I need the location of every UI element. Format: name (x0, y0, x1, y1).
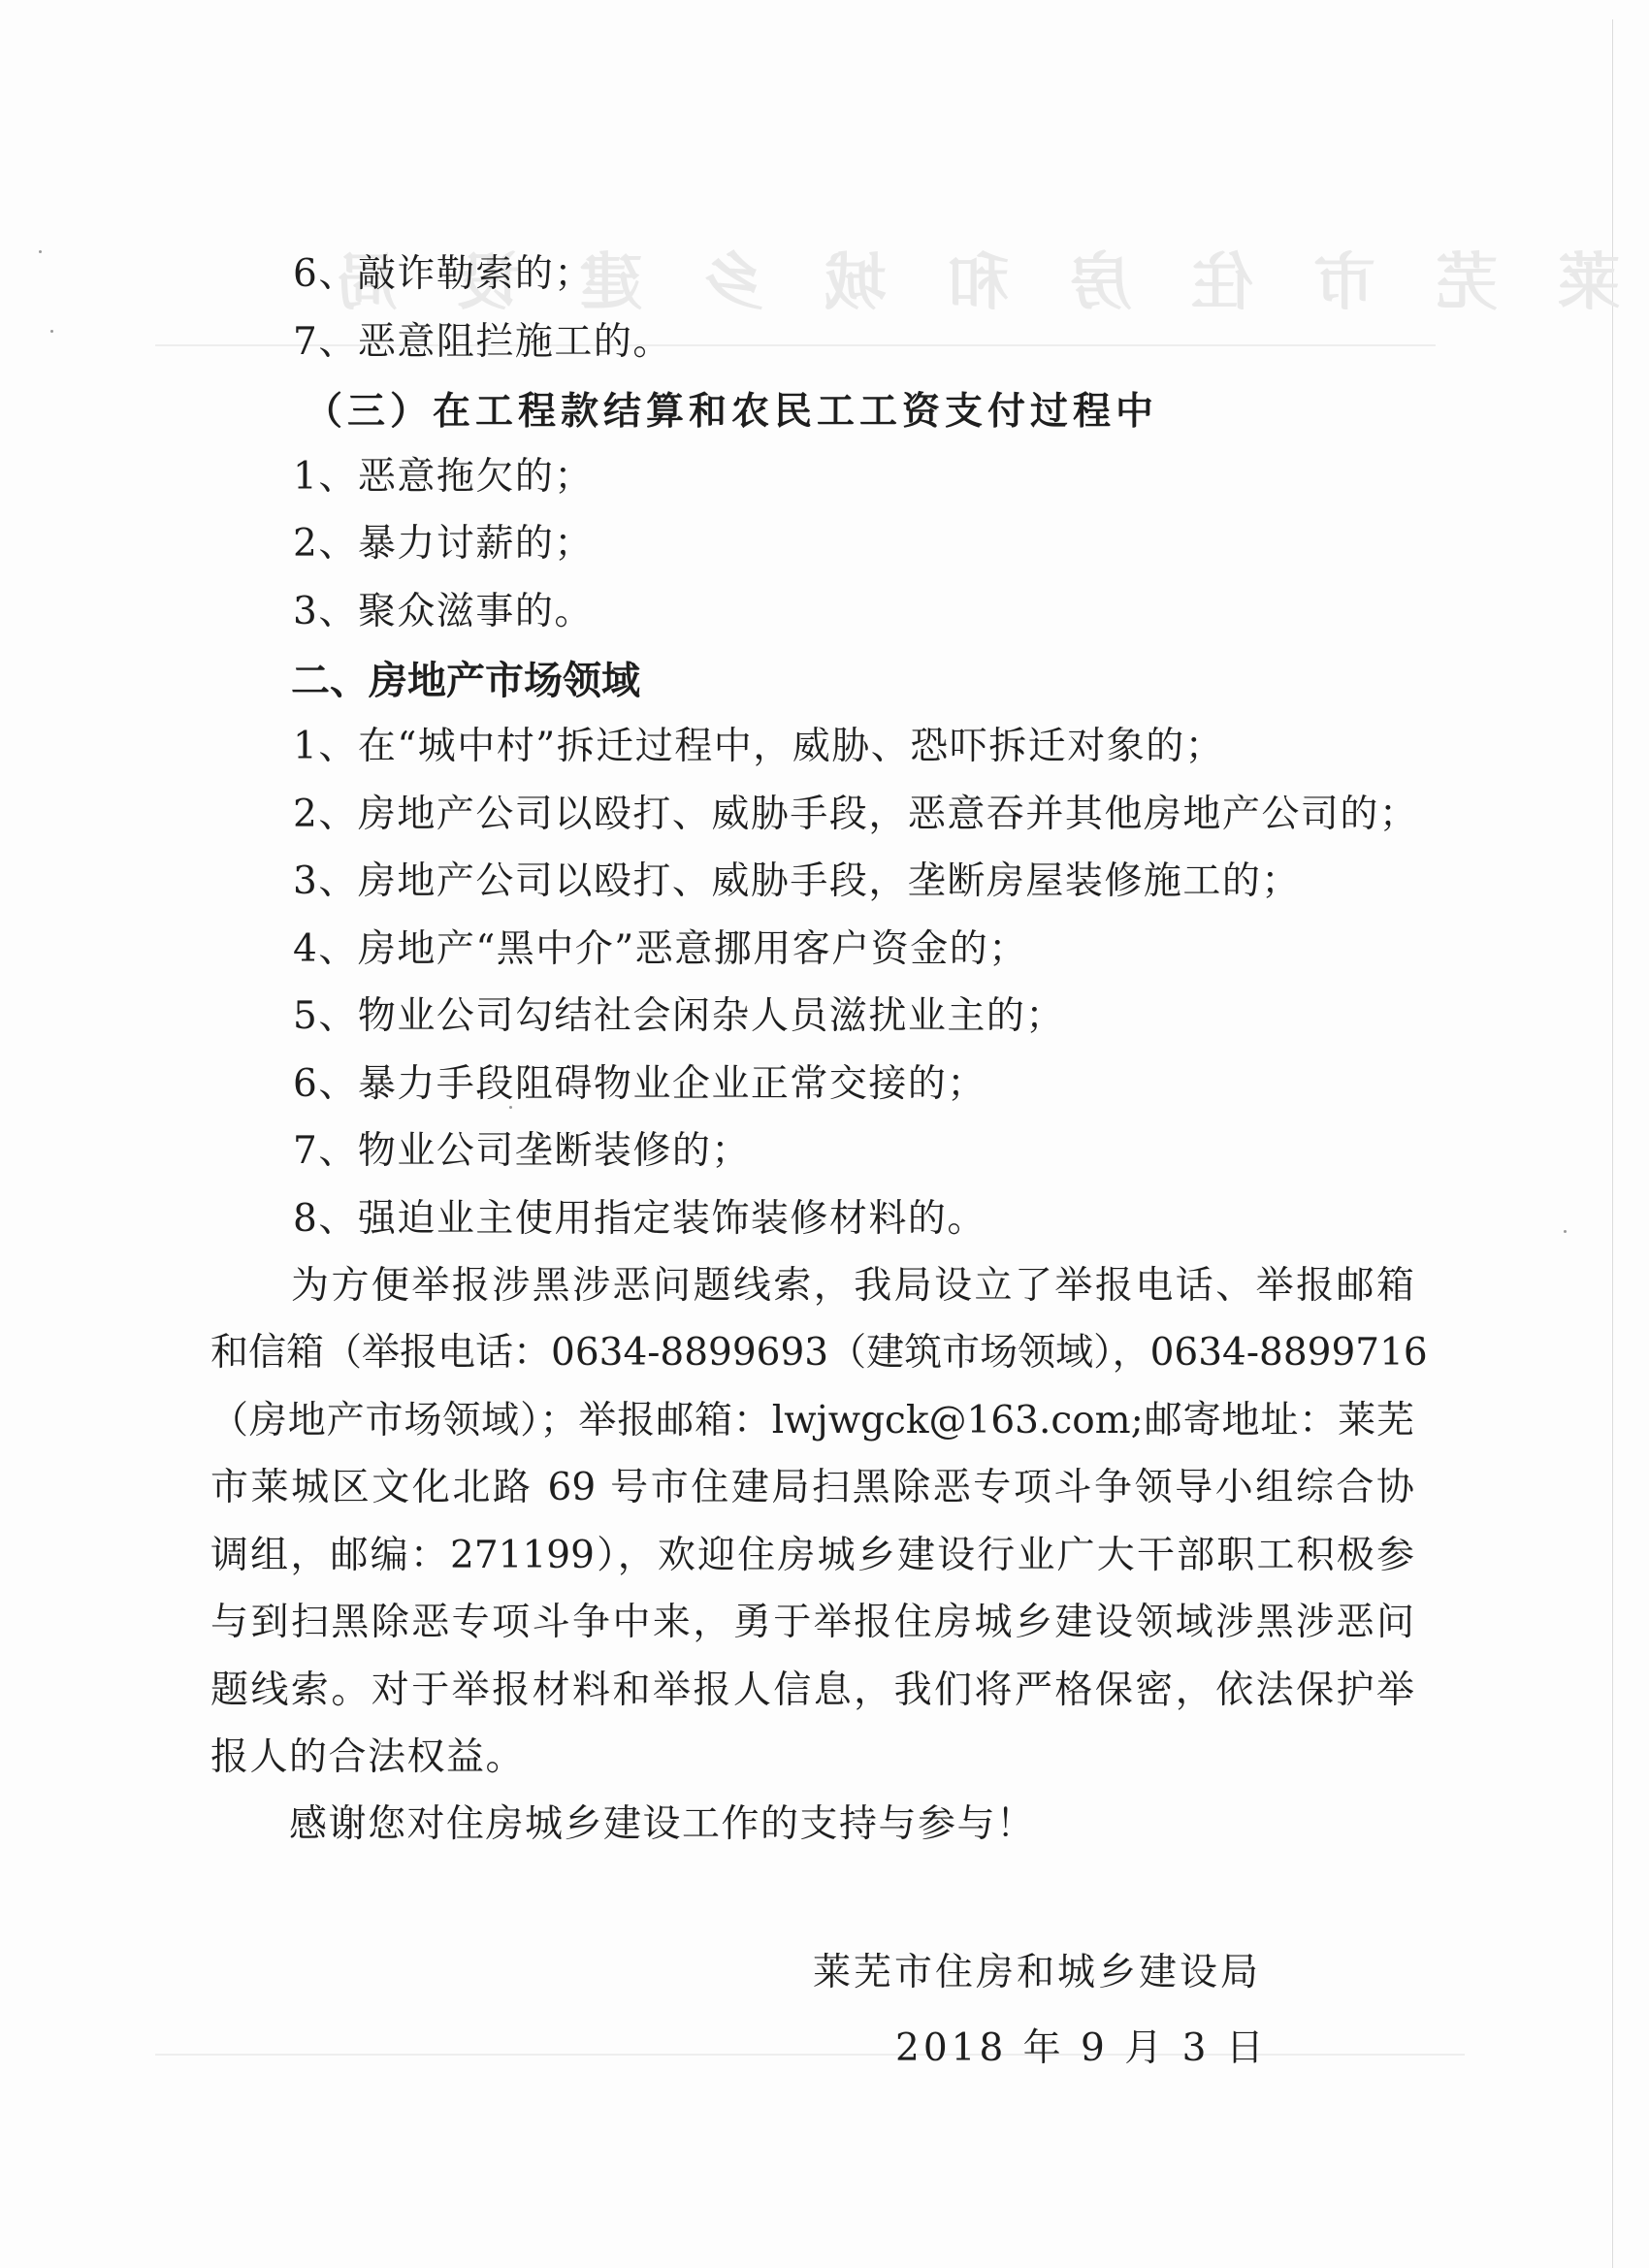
paragraph-line: 报人的合法权益。 (210, 1735, 1414, 1780)
paragraph-line: 与到扫黑除恶专项斗争中来，勇于举报住房城乡建设领域涉黑涉恶问 (210, 1601, 1414, 1645)
list-item: 1、在“城中村”拆迁过程中，威胁、恐吓拆迁对象的； (293, 725, 1224, 769)
list-item: 7、恶意阻拦施工的。 (293, 320, 672, 365)
show-through-rule-bottom (155, 2054, 1465, 2056)
scan-speck (39, 250, 42, 253)
scan-edge-line (1612, 19, 1613, 2268)
paragraph-line: 市莱城区文化北路 69 号市住建局扫黑除恶专项斗争领导小组综合协 (210, 1466, 1414, 1510)
list-item: 6、暴力手段阻碍物业企业正常交接的； (293, 1062, 986, 1107)
list-item: 2、房地产公司以殴打、威胁手段，恶意吞并其他房地产公司的； (293, 793, 1418, 837)
signature-date: 2018 年 9 月 3 日 (895, 2026, 1268, 2071)
list-item: 1、恶意拖欠的； (293, 455, 594, 500)
list-item: 8、强迫业主使用指定装饰装修材料的。 (293, 1197, 986, 1242)
paragraph-line: 题线索。对于举报材料和举报人信息，我们将严格保密，依法保护举 (210, 1669, 1414, 1713)
list-item: 3、聚众滋事的。 (293, 590, 594, 634)
list-item: 4、房地产“黑中介”恶意挪用客户资金的； (293, 927, 1028, 972)
list-item: 7、物业公司垄断装修的； (293, 1129, 751, 1174)
closing-line: 感谢您对住房城乡建设工作的支持与参与！ (289, 1802, 1036, 1847)
paragraph-line: 为方便举报涉黑涉恶问题线索，我局设立了举报电话、举报邮箱 (291, 1264, 1414, 1309)
list-item: 6、敲诈勒索的； (293, 252, 594, 297)
paragraph-line: （房地产市场领域）；举报邮箱：lwjwgck@163.com;邮寄地址：莱芜 (210, 1399, 1414, 1443)
subsection-title: （三）在工程款结算和农民工工资支付过程中 (305, 389, 1158, 434)
paragraph-line: 调组，邮编：271199），欢迎住房城乡建设行业广大干部职工积极参 (210, 1534, 1414, 1578)
list-item: 2、暴力讨薪的； (293, 522, 594, 567)
list-item: 5、物业公司勾结社会闲杂人员滋扰业主的； (293, 994, 1065, 1039)
scan-speck (1564, 1230, 1567, 1233)
list-item: 3、房地产公司以殴打、威胁手段，垄断房屋装修施工的； (293, 859, 1301, 904)
scan-speck (50, 330, 53, 333)
scanned-document-page: 莱芜市住房和城乡建设局 6、敲诈勒索的； 7、恶意阻拦施工的。 （三）在工程款结… (0, 0, 1649, 2268)
paragraph-line: 和信箱（举报电话：0634-8899693（建筑市场领域），0634-88997… (210, 1331, 1414, 1376)
signature-org: 莱芜市住房和城乡建设局 (813, 1951, 1261, 1995)
section-heading: 二、房地产市场领域 (291, 659, 640, 703)
